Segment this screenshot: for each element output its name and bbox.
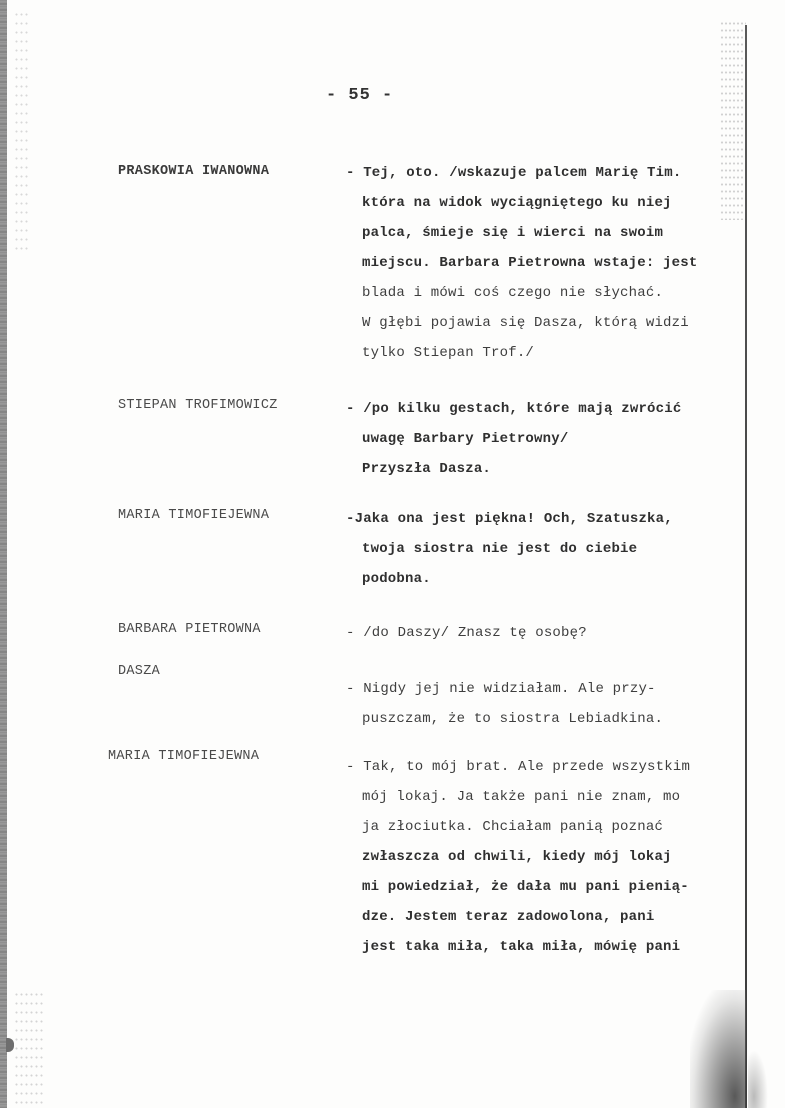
dialogue-line: która na widok wyciągniętego ku niej (346, 188, 746, 218)
dialogue-line: jest taka miła, taka miła, mówię pani (346, 932, 746, 962)
dialogue-line: mi powiedział, że dała mu pani pienią- (346, 872, 746, 902)
scan-noise (14, 10, 28, 250)
dialogue-line: - Tej, oto. /wskazuje palcem Marię Tim. (346, 158, 746, 188)
speaker-name: MARIA TIMOFIEJEWNA (118, 508, 269, 523)
dialogue-line: palca, śmieje się i wierci na swoim (346, 218, 746, 248)
dialogue-line: - /po kilku gestach, które mają zwrócić (346, 394, 746, 424)
page-number: - 55 - (326, 86, 393, 105)
dialogue-text: - /po kilku gestach, które mają zwrócić … (346, 394, 746, 484)
dialogue-line: Przyszła Dasza. (346, 454, 746, 484)
dialogue-line: - Nigdy jej nie widziałam. Ale przy- (346, 674, 746, 704)
dialogue-text: - Tej, oto. /wskazuje palcem Marię Tim. … (346, 158, 746, 368)
binding-hole (6, 1038, 14, 1052)
document-page: - 55 - PRASKOWIA IWANOWNA - Tej, oto. /w… (0, 0, 785, 1108)
dialogue-text: - Tak, to mój brat. Ale przede wszystkim… (346, 752, 746, 962)
dialogue-line: -Jaka ona jest piękna! Och, Szatuszka, (346, 504, 746, 534)
dialogue-line: dze. Jestem teraz zadowolona, pani (346, 902, 746, 932)
dialogue-line: podobna. (346, 564, 746, 594)
dialogue-line: mój lokaj. Ja także pani nie znam, mo (346, 782, 746, 812)
speaker-name: BARBARA PIETROWNA (118, 622, 261, 637)
dialogue-line: - Tak, to mój brat. Ale przede wszystkim (346, 752, 746, 782)
speaker-name: STIEPAN TROFIMOWICZ (118, 398, 278, 413)
dialogue-text: -Jaka ona jest piękna! Och, Szatuszka, t… (346, 504, 746, 594)
dialogue-line: blada i mówi coś czego nie słychać. (346, 278, 746, 308)
dialogue-line: zwłaszcza od chwili, kiedy mój lokaj (346, 842, 746, 872)
speaker-name: DASZA (118, 664, 160, 679)
dialogue-line: - /do Daszy/ Znasz tę osobę? (346, 618, 746, 648)
binding-shadow (0, 0, 7, 1108)
scan-smudge (748, 1050, 768, 1108)
dialogue-line: tylko Stiepan Trof./ (346, 338, 746, 368)
dialogue-text: - Nigdy jej nie widziałam. Ale przy- pus… (346, 674, 746, 734)
speaker-name: MARIA TIMOFIEJEWNA (108, 749, 259, 764)
dialogue-line: puszczam, że to siostra Lebiadkina. (346, 704, 746, 734)
speaker-name: PRASKOWIA IWANOWNA (118, 164, 269, 179)
scan-noise (14, 990, 44, 1105)
dialogue-line: uwagę Barbary Pietrowny/ (346, 424, 746, 454)
scan-smudge (690, 990, 746, 1108)
dialogue-line: ja złociutka. Chciałam panią poznać (346, 812, 746, 842)
dialogue-line: miejscu. Barbara Pietrowna wstaje: jest (346, 248, 746, 278)
dialogue-text: - /do Daszy/ Znasz tę osobę? (346, 618, 746, 648)
dialogue-line: twoja siostra nie jest do ciebie (346, 534, 746, 564)
dialogue-line: W głębi pojawia się Dasza, którą widzi (346, 308, 746, 338)
